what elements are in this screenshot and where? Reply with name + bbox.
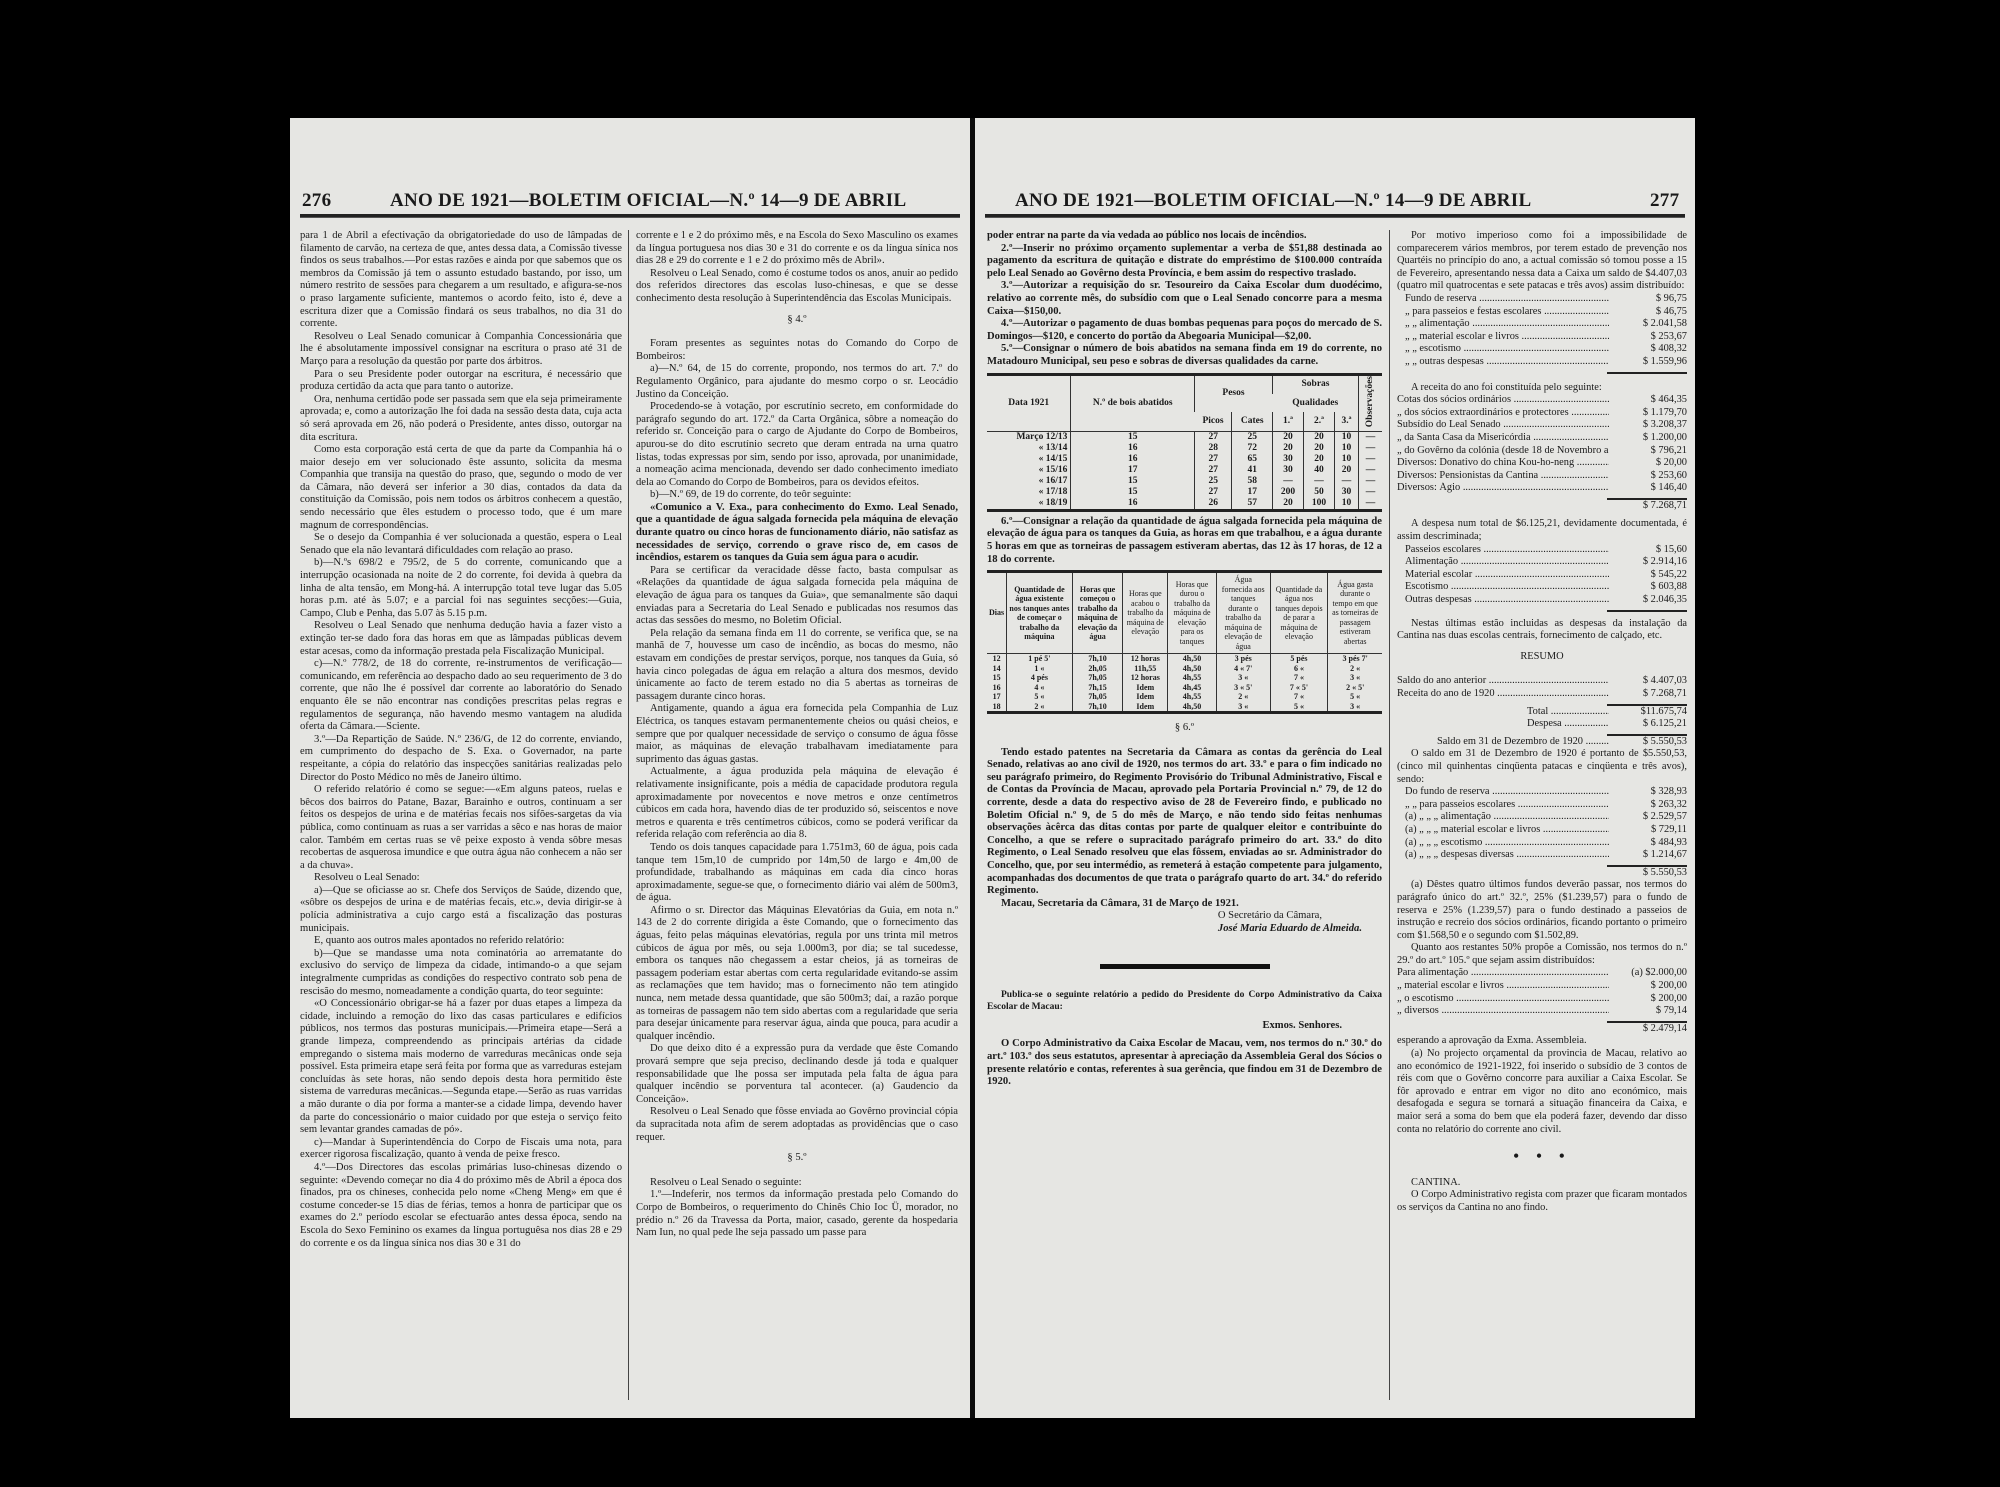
cell: —: [1334, 476, 1358, 487]
paragraph: «O Concessionário obrigar-se há a fazer …: [300, 998, 622, 1137]
paragraph: Resolveu o Leal Senado que fôsse enviada…: [636, 1106, 958, 1144]
ledger-amount: $ 20,00: [1609, 457, 1687, 470]
ledger-label: „ „ para passeios escolares: [1405, 799, 1609, 812]
cell: 27: [1195, 465, 1232, 476]
ledger-label: „ o escotismo: [1397, 993, 1609, 1006]
table-row: « 18/191626572010010—: [987, 498, 1382, 511]
left-page-number: 276: [302, 190, 331, 212]
paragraph: «Comunico a V. Exa., para conhecimento d…: [636, 502, 958, 565]
header-rule: [985, 214, 1685, 218]
ledger-label: Subsídio do Leal Senado: [1397, 419, 1609, 432]
cell-month: «: [1039, 498, 1044, 508]
paragraph: c)—N.º 778/2, de 18 do corrente, re-inst…: [300, 658, 622, 734]
cell: Idem: [1123, 683, 1168, 693]
ledger-label: Do fundo de reserva: [1405, 786, 1609, 799]
cell: 20: [1272, 498, 1303, 511]
cell: 57: [1232, 498, 1272, 511]
right-column-1: poder entrar na parte da via vedada ao p…: [987, 230, 1382, 1410]
cell: 41: [1232, 465, 1272, 476]
signature-title: O Secretário da Câmara,: [987, 910, 1382, 923]
cell-month: «: [1039, 487, 1044, 497]
ledger-row: „ da Santa Casa da Misericórdia$ 1.200,0…: [1397, 432, 1687, 445]
ledger-label: Passeios escolares: [1405, 544, 1609, 557]
balance-total: $ 5.550,53: [1405, 867, 1687, 880]
cantina-title: CANTINA.: [1397, 1177, 1687, 1190]
cell: 17: [1232, 487, 1272, 498]
ledger-label: Outras despesas: [1405, 594, 1609, 607]
ledger-label: Fundo de reserva: [1405, 293, 1609, 306]
paragraph: Do que deixo dito é a expressão pura da …: [636, 1043, 958, 1106]
ledger-label: Escotismo: [1405, 581, 1609, 594]
sum-rule: [1607, 610, 1687, 612]
cell-date: 17/18: [1046, 487, 1068, 497]
section-heading-5: § 5.º: [636, 1152, 958, 1165]
cell: 27: [1195, 454, 1232, 465]
table-row: 121 pé 5'7h,1012 horas4h,503 pés5 pés3 p…: [987, 654, 1382, 664]
cell: 4h,45: [1168, 683, 1217, 693]
ledger-label: „ „ alimentação: [1405, 318, 1609, 331]
ledger-label: „ „ escotismo: [1405, 343, 1609, 356]
paragraph: 1.º—Indeferir, nos termos da informação …: [636, 1189, 958, 1239]
paragraph: b)—N.º 69, de 19 do corrente, do teôr se…: [636, 489, 958, 502]
ledger-label: „ „ material escolar e livros: [1405, 331, 1609, 344]
cell: 16: [1071, 498, 1195, 511]
col-header: Horas que começou o trabalho da máquina …: [1072, 572, 1123, 654]
ledger-amount: $ 146,40: [1609, 482, 1687, 495]
col-header-observations: Observações: [1359, 374, 1382, 431]
ledger-row: Saldo do ano anterior$ 4.407,03: [1397, 675, 1687, 688]
report-intro: O Corpo Administrativo da Caixa Escolar …: [987, 1038, 1382, 1088]
paragraph: 5.º—Consignar o número de bois abatidos …: [987, 343, 1382, 368]
col-header-leftovers: Sobras: [1272, 374, 1358, 394]
cell: 25: [1195, 476, 1232, 487]
ledger-label: Diversos: Ágio: [1397, 482, 1609, 495]
sum-rule: [1607, 372, 1687, 374]
left-page: 276 ANO DE 1921—BOLETIM OFICIAL—N.º 14—9…: [290, 118, 970, 1418]
cell: 12 horas: [1123, 654, 1168, 664]
ledger-amount: $ 796,21: [1609, 445, 1687, 458]
ledger-amount: $ 1.214,67: [1609, 849, 1687, 862]
revenue-list: Cotas dos sócios ordinários$ 464,35 „ do…: [1397, 394, 1687, 512]
paragraph: 3.º—Da Repartição de Saúde. N.º 236/G, d…: [300, 734, 622, 784]
ledger-amount: $ 4.407,03: [1609, 675, 1687, 688]
ledger-row: „ „ para passeios escolares$ 263,32: [1405, 799, 1687, 812]
ledger-amount: $ 15,60: [1609, 544, 1687, 557]
cell: 2 « 5': [1328, 683, 1382, 693]
cell: —: [1272, 476, 1303, 487]
cell: 4h,50: [1168, 664, 1217, 674]
ledger-amount: $ 5.550,53: [1609, 736, 1687, 749]
ledger-label: (a) „ „ „ escotismo: [1405, 837, 1609, 850]
cell-month: «: [1039, 476, 1044, 486]
col-header: Quantidade de água existente nos tanques…: [1007, 572, 1073, 654]
col-header: Dias: [987, 572, 1007, 654]
cell: 100: [1303, 498, 1334, 511]
paragraph: esperando a aprovação da Exma. Assemblei…: [1397, 1035, 1687, 1048]
ledger-label: „ para passeios e festas escolares: [1405, 306, 1609, 319]
cell: 27: [1195, 487, 1232, 498]
ledger-amount: $ 328,93: [1609, 786, 1687, 799]
cell: 2 «: [1007, 702, 1073, 713]
cell: 3 «: [1216, 702, 1270, 713]
ledger-row: Alimentação$ 2.914,16: [1405, 556, 1687, 569]
ledger-label: Receita do ano de 1920: [1397, 688, 1609, 701]
ledger-label: Total: [1527, 706, 1609, 719]
cell: 30: [1334, 487, 1358, 498]
paragraph: Resolveu o Leal Senado o seguinte:: [636, 1177, 958, 1190]
cell: —: [1359, 431, 1382, 443]
ledger-row: Cotas dos sócios ordinários$ 464,35: [1397, 394, 1687, 407]
cell: 30: [1272, 465, 1303, 476]
ledger-row: „ material escolar e livros$ 200,00: [1397, 980, 1687, 993]
col-header-cates: Cates: [1232, 412, 1272, 431]
cell-date: 16/17: [1046, 476, 1068, 486]
col-header: Quantidade da água nos tanques depois de…: [1270, 572, 1328, 654]
ledger-amount: $ 253,60: [1609, 470, 1687, 483]
col-header: Horas que acabou o trabalho da máquina d…: [1123, 572, 1168, 654]
ledger-label: „ dos sócios extraordinários e protector…: [1397, 407, 1609, 420]
paragraph: c)—Mandar à Superintendência do Corpo de…: [300, 1137, 622, 1162]
ledger-row: Subsídio do Leal Senado$ 3.208,37: [1397, 419, 1687, 432]
ledger-row: (a) „ „ „ material escolar e livros$ 729…: [1405, 824, 1687, 837]
ledger-row: Material escolar$ 545,22: [1405, 569, 1687, 582]
col-header-qualities: Qualidades: [1272, 394, 1358, 412]
ledger-amount: $ 545,22: [1609, 569, 1687, 582]
paragraph: Nestas últimas estão incluidas as despes…: [1397, 618, 1687, 643]
ledger-label: Material escolar: [1405, 569, 1609, 582]
ledger-row: Receita do ano de 1920$ 7.268,71: [1397, 688, 1687, 701]
paragraph: 6.º—Consignar a relação da quantidade de…: [987, 516, 1382, 566]
cell-date: 15/16: [1046, 465, 1068, 475]
expense-list: Passeios escolares$ 15,60 Alimentação$ 2…: [1397, 544, 1687, 612]
ledger-row: Total$11.675,74: [1397, 706, 1687, 719]
ledger-amount: $ 253,67: [1609, 331, 1687, 344]
cell: 7h,05: [1072, 673, 1123, 683]
cell: 5 pés: [1270, 654, 1328, 664]
table-row: « 14/15162765302010—: [987, 454, 1382, 465]
cell: 58: [1232, 476, 1272, 487]
revenue-total: $ 7.268,71: [1397, 500, 1687, 513]
ledger-row: Escotismo$ 603,88: [1405, 581, 1687, 594]
paragraph: b)—Que se mandasse uma nota cominatória …: [300, 948, 622, 998]
water-table: Dias Quantidade de água existente nos ta…: [987, 570, 1382, 714]
ledger-row: (a) „ „ „ escotismo$ 484,93: [1405, 837, 1687, 850]
cell: 4h,50: [1168, 654, 1217, 664]
proposal-total: $ 2.479,14: [1397, 1023, 1687, 1036]
initial-funds-list: Fundo de reserva$ 96,75 „ para passeios …: [1397, 293, 1687, 374]
cell: 4h,50: [1168, 702, 1217, 713]
paragraph: para 1 de Abril a efectivação da obrigat…: [300, 230, 622, 331]
ledger-amount: $ 46,75: [1609, 306, 1687, 319]
left-column-2: corrente e 1 e 2 do próximo mês, e na Es…: [636, 230, 958, 1410]
col-header-weights: Pesos: [1195, 374, 1273, 412]
cell: 26: [1195, 498, 1232, 511]
cell: 3 « 5': [1216, 683, 1270, 693]
right-running-header: ANO DE 1921—BOLETIM OFICIAL—N.º 14—9 DE …: [1015, 190, 1531, 212]
cell: 20: [1272, 431, 1303, 443]
table-row: 175 «7h,05Idem4h,552 «7 «5 «: [987, 692, 1382, 702]
cell-date: 12/13: [1046, 432, 1068, 442]
cell: —: [1359, 476, 1382, 487]
cell: 4 pés: [1007, 673, 1073, 683]
signature-name: José Maria Eduardo de Almeida.: [987, 923, 1382, 936]
cell: 3 pés: [1216, 654, 1270, 664]
paragraph: Por motivo imperioso como foi a impossib…: [1397, 230, 1687, 293]
cell: 30: [1272, 454, 1303, 465]
cell: 4 « 7': [1216, 664, 1270, 674]
ledger-amount: $ 200,00: [1609, 993, 1687, 1006]
cell: 14: [987, 664, 1007, 674]
ledger-label: Para alimentação: [1397, 967, 1609, 980]
ledger-row: Fundo de reserva$ 96,75: [1405, 293, 1687, 306]
col-header-q3: 3.ª: [1334, 412, 1358, 431]
ledger-amount: $ 7.268,71: [1609, 688, 1687, 701]
ledger-row: Diversos: Pensionistas da Cantina$ 253,6…: [1397, 470, 1687, 483]
col-header-count: N.º de bois abatidos: [1071, 374, 1195, 431]
cell: —: [1359, 443, 1382, 454]
paragraph: Procedendo-se à votação, por escrutínio …: [636, 401, 958, 489]
col-header-date: Data 1921: [987, 374, 1071, 431]
cell: 10: [1334, 454, 1358, 465]
ledger-amount: $11.675,74: [1609, 706, 1687, 719]
col-header: Horas que durou o trabalho da máquina de…: [1168, 572, 1217, 654]
ledger-amount: $ 729,11: [1609, 824, 1687, 837]
place-date: Macau, Secretaria da Câmara, 31 de Março…: [987, 898, 1382, 911]
paragraph: Quanto aos restantes 50% propõe a Comiss…: [1397, 942, 1687, 967]
ledger-amount: $ 408,32: [1609, 343, 1687, 356]
right-page-number: 277: [1650, 190, 1679, 212]
paragraph: (a) Dêstes quatro últimos fundos deverão…: [1397, 879, 1687, 942]
cell: 40: [1303, 465, 1334, 476]
ledger-amount: $ 1.559,96: [1609, 356, 1687, 369]
ledger-label: Diversos: Pensionistas da Cantina: [1397, 470, 1609, 483]
paragraph: (a) No projecto orçamental da provincia …: [1397, 1048, 1687, 1136]
paragraph: Para o seu Presidente poder outorgar na …: [300, 369, 622, 394]
ledger-row: „ dos sócios extraordinários e protector…: [1397, 407, 1687, 420]
cell: 3 «: [1328, 702, 1382, 713]
paragraph: Antigamente, quando a água era fornecida…: [636, 703, 958, 766]
ledger-label: „ material escolar e livros: [1397, 980, 1609, 993]
ledger-label: Alimentação: [1405, 556, 1609, 569]
cell: 15: [1071, 487, 1195, 498]
cell: 7 «: [1270, 673, 1328, 683]
cell: 1 pé 5': [1007, 654, 1073, 664]
cell: 17: [1071, 465, 1195, 476]
ledger-amount: $ 2.914,16: [1609, 556, 1687, 569]
cell: 3 pés 7': [1328, 654, 1382, 664]
paragraph: Para se certificar da veracidade dêsse f…: [636, 565, 958, 628]
paragraph: 4.º—Dos Directores das escolas primárias…: [300, 1162, 622, 1250]
cell: 10: [1334, 443, 1358, 454]
ledger-row: Diversos: Donativo do china Kou-ho-neng$…: [1397, 457, 1687, 470]
ledger-row: „ „ outras despesas$ 1.559,96: [1405, 356, 1687, 369]
paragraph: Pela relação da semana finda em 11 do co…: [636, 628, 958, 704]
cell: 7h,15: [1072, 683, 1123, 693]
cell-date: 13/14: [1046, 443, 1068, 453]
cell: 3 «: [1328, 673, 1382, 683]
paragraph: Ora, nenhuma certidão pode ser passada s…: [300, 394, 622, 444]
ledger-row: „ „ material escolar e livros$ 253,67: [1405, 331, 1687, 344]
paragraph: Resolveu o Leal Senado:: [300, 872, 622, 885]
ledger-amount: $ 484,93: [1609, 837, 1687, 850]
ledger-label: Diversos: Donativo do china Kou-ho-neng: [1397, 457, 1609, 470]
paragraph: corrente e 1 e 2 do próximo mês, e na Es…: [636, 230, 958, 268]
cell: 18: [987, 702, 1007, 713]
ledger-label: „ „ outras despesas: [1405, 356, 1609, 369]
ledger-amount: $ 96,75: [1609, 293, 1687, 306]
ledger-amount: $ 603,88: [1609, 581, 1687, 594]
table-row: 182 «7h,10Idem4h,503 «5 «3 «: [987, 702, 1382, 713]
ledger-row: Para alimentação(a) $2.000,00: [1397, 967, 1687, 980]
cell: —: [1359, 465, 1382, 476]
left-column-1: para 1 de Abril a efectivação da obrigat…: [300, 230, 622, 1410]
ledger-row: (a) „ „ „ alimentação$ 2.529,57: [1405, 811, 1687, 824]
left-running-header: ANO DE 1921—BOLETIM OFICIAL—N.º 14—9 DE …: [390, 190, 906, 212]
cell: 200: [1272, 487, 1303, 498]
cell-date: 14/15: [1046, 454, 1068, 464]
table-row: 141 «2h,0511h,554h,504 « 7'6 «2 «: [987, 664, 1382, 674]
ledger-label: „ do Govêrno da colónia (desde 18 de Nov…: [1397, 445, 1609, 458]
cell: 28: [1195, 443, 1232, 454]
right-column-2: Por motivo imperioso como foi a impossib…: [1397, 230, 1687, 1410]
cell: 2 «: [1216, 692, 1270, 702]
cell: 17: [987, 692, 1007, 702]
ledger-amount: $ 200,00: [1609, 980, 1687, 993]
cell: —: [1359, 498, 1382, 511]
cell: 16: [1071, 454, 1195, 465]
table-row: « 16/17152558————: [987, 476, 1382, 487]
paragraph: O Corpo Administrativo regista com praze…: [1397, 1189, 1687, 1214]
section-heading-4: § 4.º: [636, 314, 958, 327]
ledger-amount: $ 6.125,21: [1609, 718, 1687, 731]
proposal-list: Para alimentação(a) $2.000,00 „ material…: [1397, 967, 1687, 1035]
table-row: « 15/16172741304020—: [987, 465, 1382, 476]
salutation: Exmos. Senhores.: [987, 1020, 1382, 1033]
paragraph: 3.º—Autorizar a requisição do sr. Tesour…: [987, 280, 1382, 318]
ledger-row: Diversos: Ágio$ 146,40: [1397, 482, 1687, 495]
cattle-table: Data 1921 N.º de bois abatidos Pesos Sob…: [987, 373, 1382, 512]
ledger-amount: $ 2.041,58: [1609, 318, 1687, 331]
cell: —: [1303, 476, 1334, 487]
cell: 20: [1334, 465, 1358, 476]
ledger-amount: $ 1.200,00: [1609, 432, 1687, 445]
ledger-row: „ „ alimentação$ 2.041,58: [1405, 318, 1687, 331]
ledger-row: Saldo em 31 de Dezembro de 1920$ 5.550,5…: [1397, 736, 1687, 749]
table-row: « 13/14162872202010—: [987, 443, 1382, 454]
paragraph: 2.º—Inserir no próximo orçamento supleme…: [987, 243, 1382, 281]
paragraph: Foram presentes as seguintes notas do Co…: [636, 338, 958, 363]
summary-title: RESUMO: [1397, 651, 1687, 664]
cell: 20: [1303, 454, 1334, 465]
cell: 2 «: [1328, 664, 1382, 674]
ledger-row: Do fundo de reserva$ 328,93: [1405, 786, 1687, 799]
paragraph: Se o desejo da Companhia é ver soluciona…: [300, 532, 622, 557]
cell: 7 «: [1270, 692, 1328, 702]
ledger-label: „ da Santa Casa da Misericórdia: [1397, 432, 1609, 445]
cell: 4h,55: [1168, 692, 1217, 702]
cell: 65: [1232, 454, 1272, 465]
paragraph: Como esta corporação está certa de que d…: [300, 444, 622, 532]
cell: 16: [987, 683, 1007, 693]
ledger-amount: $ 79,14: [1609, 1005, 1687, 1018]
ledger-amount: (a) $2.000,00: [1609, 967, 1687, 980]
cell: 6 «: [1270, 664, 1328, 674]
cell: 50: [1303, 487, 1334, 498]
header-rule: [300, 214, 960, 218]
paragraph: Tendo os dois tanques capacidade para 1.…: [636, 842, 958, 905]
cell: 15: [1071, 476, 1195, 487]
ledger-row: „ para passeios e festas escolares$ 46,7…: [1405, 306, 1687, 319]
cell: 11h,55: [1123, 664, 1168, 674]
ledger-row: Passeios escolares$ 15,60: [1405, 544, 1687, 557]
col-header: Água fornecida aos tanques durante o tra…: [1216, 572, 1270, 654]
ledger-label: Despesa: [1527, 718, 1609, 731]
cell: 5 «: [1007, 692, 1073, 702]
cell: 4h,55: [1168, 673, 1217, 683]
cell: 72: [1232, 443, 1272, 454]
section-heading-6: § 6.º: [987, 722, 1382, 735]
cell: Idem: [1123, 692, 1168, 702]
cell-month: «: [1039, 454, 1044, 464]
cell: —: [1359, 454, 1382, 465]
paragraph: O saldo em 31 de Dezembro de 1920 é port…: [1397, 748, 1687, 786]
col-header: Água gasta durante o tempo em que as tor…: [1328, 572, 1382, 654]
paragraph: Resolveu o Leal Senado comunicar à Compa…: [300, 331, 622, 369]
right-page: ANO DE 1921—BOLETIM OFICIAL—N.º 14—9 DE …: [975, 118, 1695, 1418]
paragraph: Resolveu o Leal Senado, como é costume t…: [636, 268, 958, 306]
paragraph: E, quanto aos outros males apontados no …: [300, 935, 622, 948]
cell: 20: [1303, 443, 1334, 454]
table-row: 154 pés7h,0512 horas4h,553 «7 «3 «: [987, 673, 1382, 683]
cell-month: «: [1039, 443, 1044, 453]
cell: —: [1359, 487, 1382, 498]
cell: 7 « 5': [1270, 683, 1328, 693]
cell: 10: [1334, 431, 1358, 443]
ledger-row: „ o escotismo$ 200,00: [1397, 993, 1687, 1006]
cell: 7h,10: [1072, 654, 1123, 664]
col-header-q1: 1.ª: [1272, 412, 1303, 431]
paragraph: Afirmo o sr. Director das Máquinas Eleva…: [636, 905, 958, 1044]
ledger-label: „ diversos: [1397, 1005, 1609, 1018]
col-header-picos: Picos: [1195, 412, 1232, 431]
ledger-amount: $ 2.046,35: [1609, 594, 1687, 607]
table-row: Março 12/13152725202010—: [987, 431, 1382, 443]
ledger-label: (a) „ „ „ material escolar e livros: [1405, 824, 1609, 837]
cell: Idem: [1123, 702, 1168, 713]
cell: 27: [1195, 431, 1232, 443]
paragraph: Resolveu o Leal Senado que nenhuma deduç…: [300, 620, 622, 658]
ledger-amount: $ 263,32: [1609, 799, 1687, 812]
cell: 10: [1334, 498, 1358, 511]
cell: 3 «: [1216, 673, 1270, 683]
ledger-row: Despesa$ 6.125,21: [1397, 718, 1687, 731]
ornament: • • •: [1397, 1150, 1687, 1163]
paragraph: a)—N.º 64, de 15 do corrente, propondo, …: [636, 363, 958, 401]
cell: 2h,05: [1072, 664, 1123, 674]
paragraph: Tendo estado patentes na Secretaria da C…: [987, 747, 1382, 898]
ledger-amount: $ 2.529,57: [1609, 811, 1687, 824]
ledger-amount: $ 1.179,70: [1609, 407, 1687, 420]
cell: 20: [1272, 443, 1303, 454]
ledger-row: „ diversos$ 79,14: [1397, 1005, 1687, 1018]
paragraph: Actualmente, a água produzida pela máqui…: [636, 766, 958, 842]
ledger-row: „ „ escotismo$ 408,32: [1405, 343, 1687, 356]
ledger-row: Outras despesas$ 2.046,35: [1405, 594, 1687, 607]
cell: 5 «: [1328, 692, 1382, 702]
ledger-row: (a) „ „ „ despesas diversas$ 1.214,67: [1405, 849, 1687, 862]
cell: 15: [987, 673, 1007, 683]
table-row: 164 «7h,15Idem4h,453 « 5'7 « 5'2 « 5': [987, 683, 1382, 693]
